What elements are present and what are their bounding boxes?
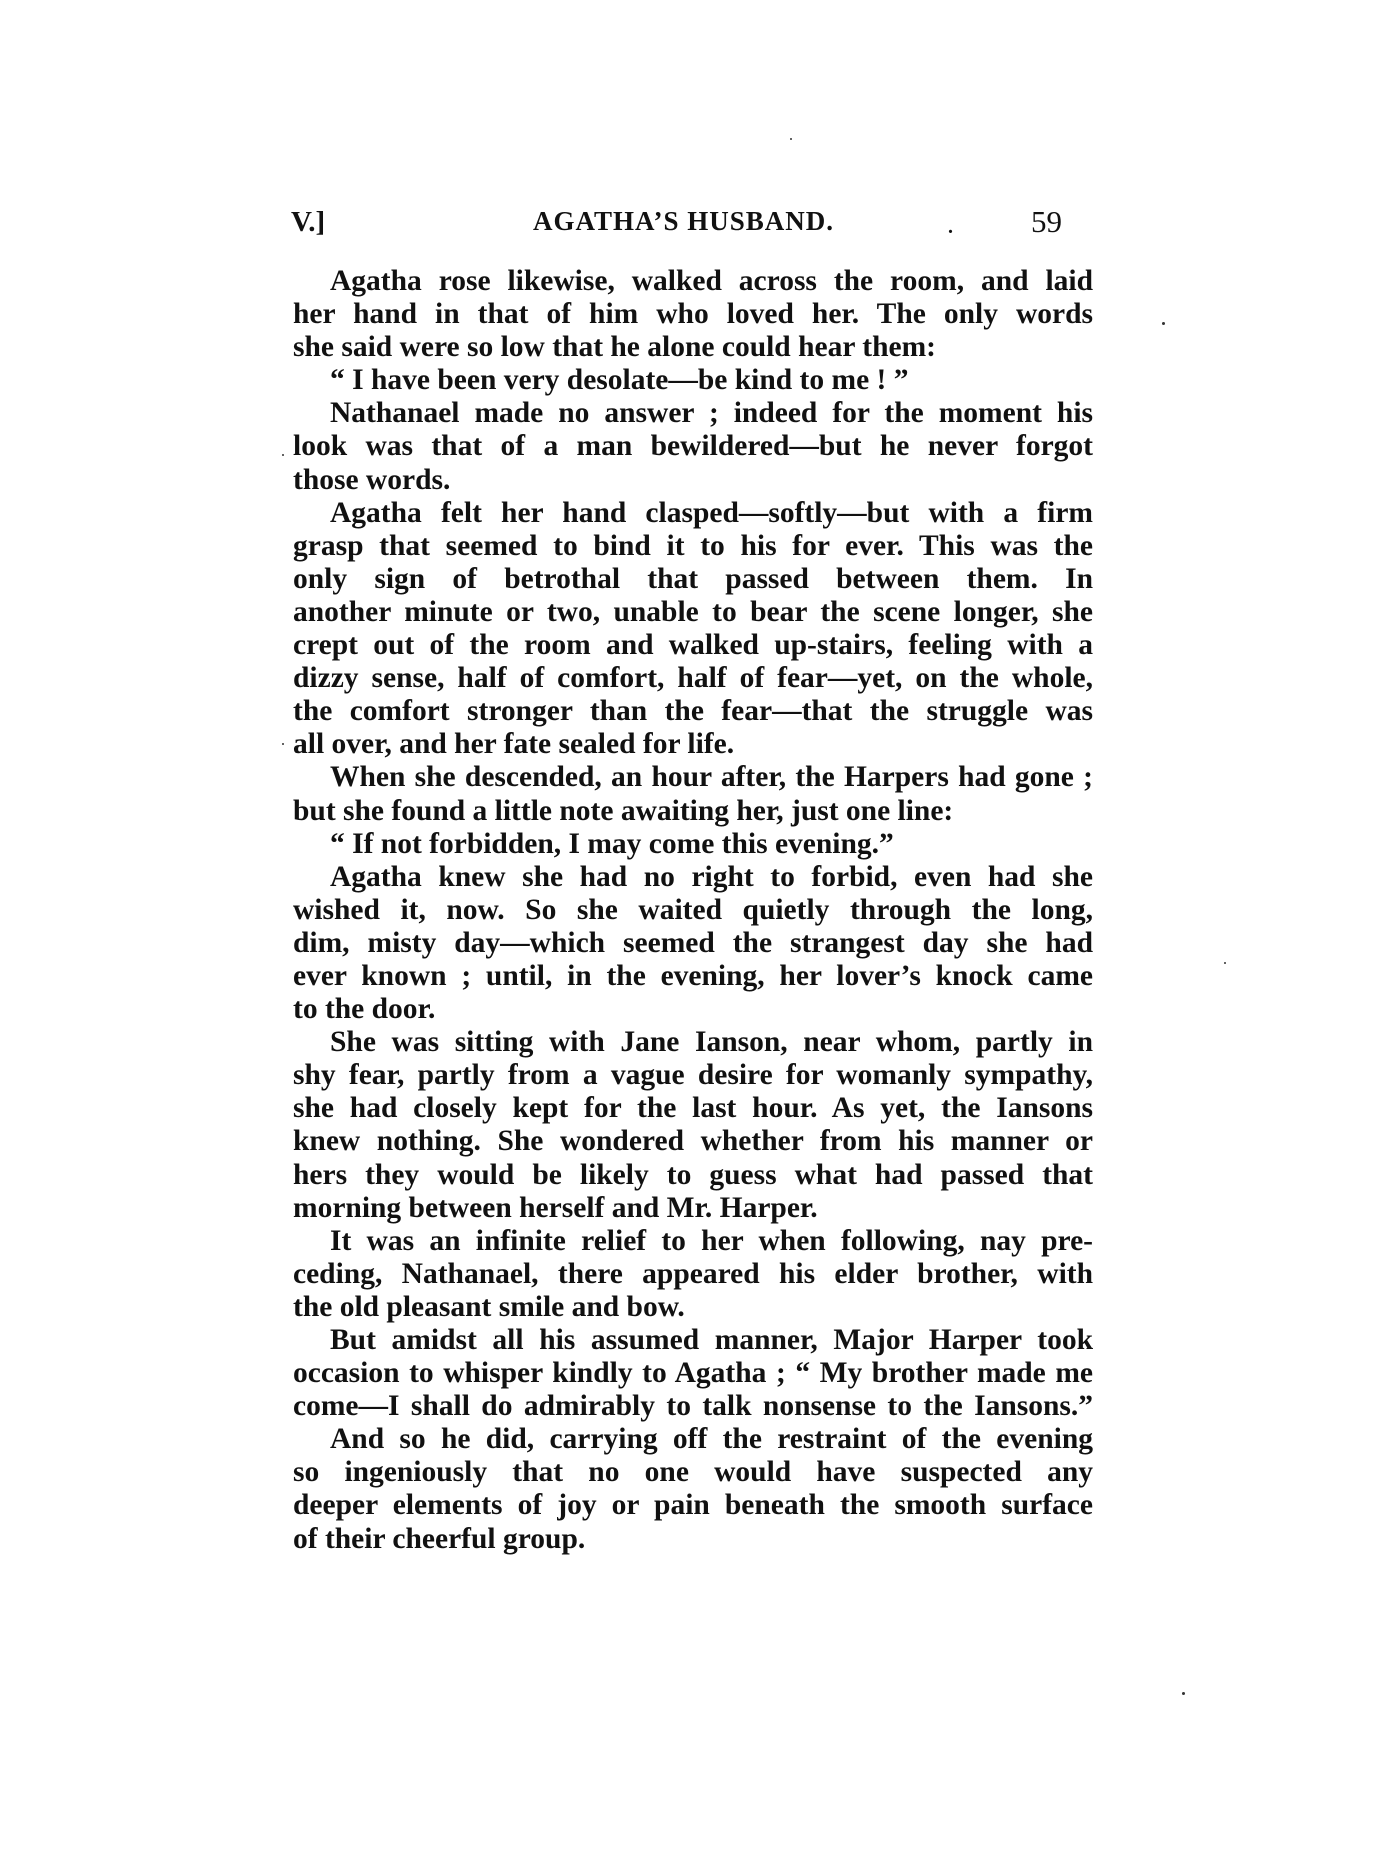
chapter-number: V.] — [291, 206, 325, 239]
text-line: shy fear, partly from a vague desire for… — [293, 1059, 1093, 1092]
scan-speck — [282, 743, 284, 745]
text-line: of their cheerful group. — [293, 1523, 1093, 1556]
text-line: crept out of the room and walked up-stai… — [293, 629, 1093, 662]
text-line: but she found a little note awaiting her… — [293, 795, 1093, 828]
text-line: Agatha rose likewise, walked across the … — [293, 265, 1093, 298]
text-line: Agatha felt her hand clasped—softly—but … — [293, 497, 1093, 530]
text-line: But amidst all his assumed manner, Major… — [293, 1324, 1093, 1357]
stray-dot: . — [948, 216, 953, 239]
text-line: ever known ; until, in the evening, her … — [293, 960, 1093, 993]
text-line: so ingeniously that no one would have su… — [293, 1456, 1093, 1489]
scan-speck — [790, 138, 792, 140]
text-line: It was an infinite relief to her when fo… — [293, 1225, 1093, 1258]
scan-speck — [1182, 1692, 1185, 1695]
text-line: “ If not forbidden, I may come this even… — [293, 828, 1093, 861]
running-head: V.] AGATHA’S HUSBAND. . 59 — [291, 206, 1091, 246]
text-line: she had closely kept for the last hour. … — [293, 1092, 1093, 1125]
text-line: deeper elements of joy or pain beneath t… — [293, 1489, 1093, 1522]
text-line: Agatha knew she had no right to forbid, … — [293, 861, 1093, 894]
book-page: V.] AGATHA’S HUSBAND. . 59 Agatha rose l… — [0, 0, 1400, 1850]
scan-speck — [282, 454, 284, 456]
text-line: dim, misty day—which seemed the stranges… — [293, 927, 1093, 960]
text-line: wished it, now. So she waited quietly th… — [293, 894, 1093, 927]
text-line: the comfort stronger than the fear—that … — [293, 695, 1093, 728]
text-line: to the door. — [293, 993, 1093, 1026]
text-line: And so he did, carrying off the restrain… — [293, 1423, 1093, 1456]
text-line: only sign of betrothal that passed betwe… — [293, 563, 1093, 596]
page-number: 59 — [1031, 204, 1062, 240]
text-line: grasp that seemed to bind it to his for … — [293, 530, 1093, 563]
text-line: look was that of a man bewildered—but he… — [293, 430, 1093, 463]
text-line: dizzy sense, half of comfort, half of fe… — [293, 662, 1093, 695]
body-text: Agatha rose likewise, walked across the … — [293, 265, 1093, 1556]
text-line: knew nothing. She wondered whether from … — [293, 1125, 1093, 1158]
text-line: Nathanael made no answer ; indeed for th… — [293, 397, 1093, 430]
text-line: She was sitting with Jane Ianson, near w… — [293, 1026, 1093, 1059]
text-line: another minute or two, unable to bear th… — [293, 596, 1093, 629]
text-line: her hand in that of him who loved her. T… — [293, 298, 1093, 331]
text-line: morning between herself and Mr. Harper. — [293, 1192, 1093, 1225]
text-line: When she descended, an hour after, the H… — [293, 761, 1093, 794]
text-line: hers they would be likely to guess what … — [293, 1159, 1093, 1192]
text-line: “ I have been very desolate—be kind to m… — [293, 364, 1093, 397]
text-line: ceding, Nathanael, there appeared his el… — [293, 1258, 1093, 1291]
text-line: occasion to whisper kindly to Agatha ; “… — [293, 1357, 1093, 1390]
scan-speck — [1224, 962, 1226, 964]
scan-speck — [1162, 322, 1165, 325]
book-title: AGATHA’S HUSBAND. — [533, 206, 834, 237]
text-line: she said were so low that he alone could… — [293, 331, 1093, 364]
text-line: those words. — [293, 464, 1093, 497]
text-line: the old pleasant smile and bow. — [293, 1291, 1093, 1324]
text-line: all over, and her fate sealed for life. — [293, 728, 1093, 761]
text-line: come—I shall do admirably to talk nonsen… — [293, 1390, 1093, 1423]
